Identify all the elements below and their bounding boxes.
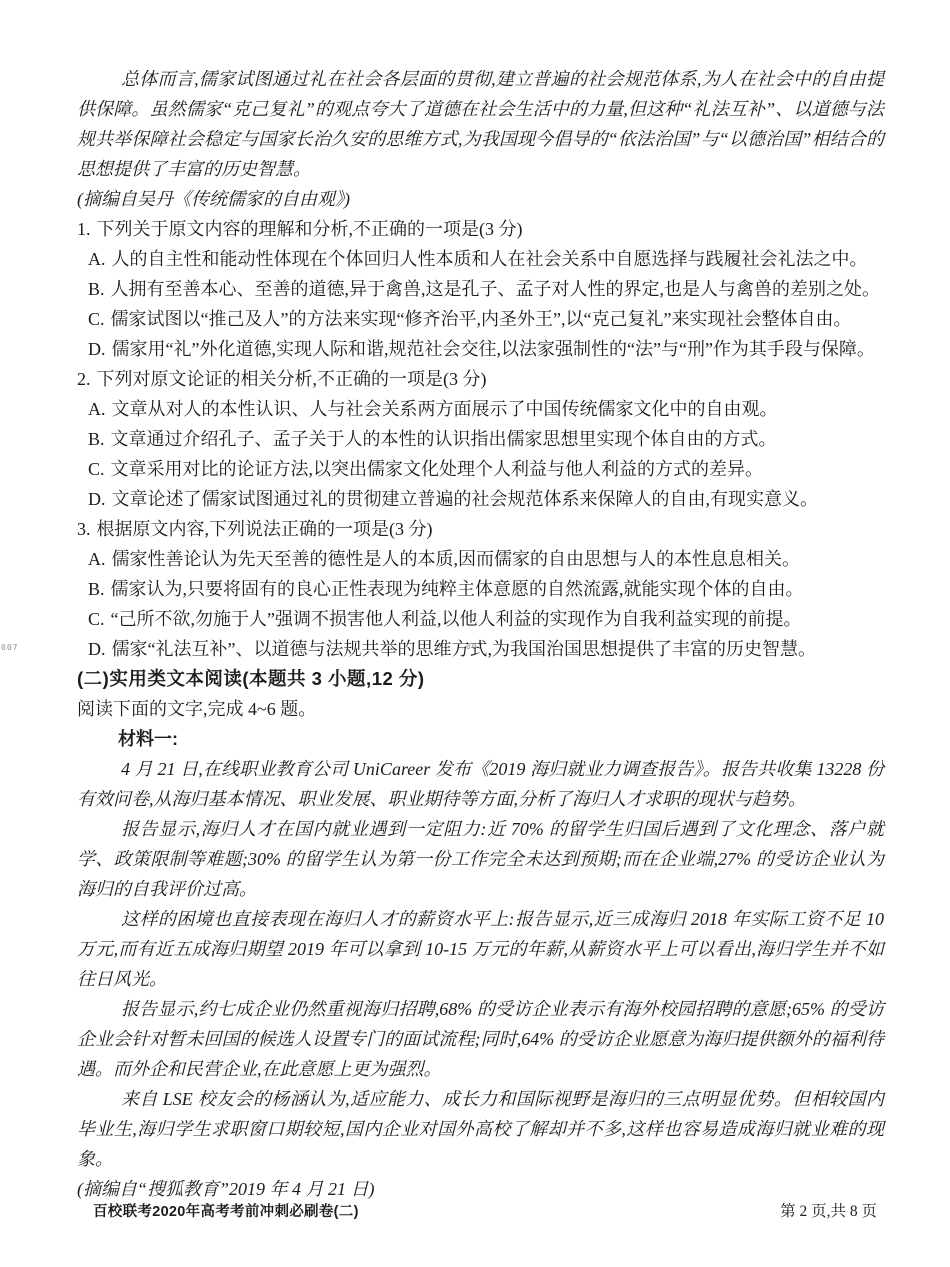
option-text: 人拥有至善本心、至善的道德,异于禽兽,这是孔子、孟子对人性的界定,也是人与禽兽的… xyxy=(111,279,881,299)
option-text: 文章论述了儒家试图通过礼的贯彻建立普遍的社会规范体系来保障人的自由,有现实意义。 xyxy=(112,489,819,509)
option-text: 儒家性善论认为先天至善的德性是人的本质,因而儒家的自由思想与人的本性息息相关。 xyxy=(112,549,801,569)
material-paragraph-1: 4 月 21 日,在线职业教育公司 UniCareer 发布《2019 海归就业… xyxy=(77,754,884,814)
question-1-option-a: A.人的自主性和能动性体现在个体回归人性本质和人在社会关系中自愿选择与践履社会礼… xyxy=(77,244,884,274)
question-3-option-c: C.“己所不欲,勿施于人”强调不损害他人利益,以他人利益的实现作为自我利益实现的… xyxy=(77,604,884,634)
question-3-number: 3. xyxy=(77,519,91,539)
page-footer: 百校联考2020年高考考前冲刺必刷卷(二) 第 2 页,共 8 页 xyxy=(93,1199,877,1225)
material-paragraph-3: 这样的困境也直接表现在海归人才的薪资水平上:报告显示,近三成海归 2018 年实… xyxy=(77,904,884,994)
material-1-label: 材料一: xyxy=(77,724,884,754)
option-label: A. xyxy=(88,249,106,269)
option-label: C. xyxy=(88,309,105,329)
question-1-option-c: C.儒家试图以“推己及人”的方法来实现“修齐治平,内圣外王”,以“克己复礼”来实… xyxy=(77,304,884,334)
question-2-option-d: D.文章论述了儒家试图通过礼的贯彻建立普遍的社会规范体系来保障人的自由,有现实意… xyxy=(77,484,884,514)
section-2-practical-reading: (二)实用类文本阅读(本题共 3 小题,12 分) 阅读下面的文字,完成 4~6… xyxy=(77,664,884,1204)
material-paragraph-4: 报告显示,约七成企业仍然重视海归招聘,68% 的受访企业表示有海外校园招聘的意愿… xyxy=(77,994,884,1084)
question-2-stem: 2.下列对原文论证的相关分析,不正确的一项是(3 分) xyxy=(77,364,884,394)
question-3-stem: 3.根据原文内容,下列说法正确的一项是(3 分) xyxy=(77,514,884,544)
material-paragraph-5: 来自 LSE 校友会的杨涵认为,适应能力、成长力和国际视野是海归的三点明显优势。… xyxy=(77,1084,884,1174)
question-3-option-b: B.儒家认为,只要将固有的良心正性表现为纯粹主体意愿的自然流露,就能实现个体的自… xyxy=(77,574,884,604)
section-heading: (二)实用类文本阅读(本题共 3 小题,12 分) xyxy=(77,664,884,694)
exam-paper-page: 007 007 总体而言,儒家试图通过礼在社会各层面的贯彻,建立普遍的社会规范体… xyxy=(0,0,950,1267)
question-1-option-b: B.人拥有至善本心、至善的道德,异于禽兽,这是孔子、孟子对人性的界定,也是人与禽… xyxy=(77,274,884,304)
option-text: 儒家认为,只要将固有的良心正性表现为纯粹主体意愿的自然流露,就能实现个体的自由。 xyxy=(111,579,804,599)
option-label: D. xyxy=(88,339,106,359)
question-1-number: 1. xyxy=(77,219,91,239)
option-text: 文章通过介绍孔子、孟子关于人的本性的认识指出儒家思想里实现个体自由的方式。 xyxy=(111,429,777,449)
option-label: C. xyxy=(88,459,105,479)
question-2-number: 2. xyxy=(77,369,91,389)
question-3-stem-text: 根据原文内容,下列说法正确的一项是(3 分) xyxy=(97,519,433,539)
footer-page-number: 第 2 页,共 8 页 xyxy=(780,1199,877,1225)
question-2-option-a: A.文章从对人的本性认识、人与社会关系两方面展示了中国传统儒家文化中的自由观。 xyxy=(77,394,884,424)
question-2: 2.下列对原文论证的相关分析,不正确的一项是(3 分) A.文章从对人的本性认识… xyxy=(77,364,884,514)
option-text: 文章采用对比的论证方法,以突出儒家文化处理个人利益与他人利益的方式的差异。 xyxy=(111,459,764,479)
option-text: 人的自主性和能动性体现在个体回归人性本质和人在社会关系中自愿选择与践履社会礼法之… xyxy=(112,249,868,269)
question-2-stem-text: 下列对原文论证的相关分析,不正确的一项是(3 分) xyxy=(97,369,487,389)
section-instruction: 阅读下面的文字,完成 4~6 题。 xyxy=(77,694,884,724)
option-text: 儒家“礼法互补”、以道德与法规共举的思维方式,为我国治国思想提供了丰富的历史智慧… xyxy=(112,639,816,659)
question-3-option-d: D.儒家“礼法互补”、以道德与法规共举的思维方式,为我国治国思想提供了丰富的历史… xyxy=(77,634,884,664)
option-text: 儒家用“礼”外化道德,实现人际和谐,规范社会交往,以法家强制性的“法”与“刑”作… xyxy=(112,339,875,359)
option-text: 文章从对人的本性认识、人与社会关系两方面展示了中国传统儒家文化中的自由观。 xyxy=(112,399,778,419)
option-text: 儒家试图以“推己及人”的方法来实现“修齐治平,内圣外王”,以“克己复礼”来实现社… xyxy=(111,309,852,329)
footer-exam-title: 百校联考2020年高考考前冲刺必刷卷(二) xyxy=(93,1199,359,1225)
passage-attribution: (摘编自吴丹《传统儒家的自由观》) xyxy=(77,184,884,214)
page-code-mark-left: 007 xyxy=(1,643,18,652)
page-content: 总体而言,儒家试图通过礼在社会各层面的贯彻,建立普遍的社会规范体系,为人在社会中… xyxy=(77,64,884,1204)
option-label: D. xyxy=(88,639,106,659)
option-label: A. xyxy=(88,399,106,419)
passage-conclusion-paragraph: 总体而言,儒家试图通过礼在社会各层面的贯彻,建立普遍的社会规范体系,为人在社会中… xyxy=(77,64,884,184)
option-label: B. xyxy=(88,579,105,599)
option-label: D. xyxy=(88,489,106,509)
question-1-stem-text: 下列关于原文内容的理解和分析,不正确的一项是(3 分) xyxy=(97,219,523,239)
question-1-stem: 1.下列关于原文内容的理解和分析,不正确的一项是(3 分) xyxy=(77,214,884,244)
question-3: 3.根据原文内容,下列说法正确的一项是(3 分) A.儒家性善论认为先天至善的德… xyxy=(77,514,884,664)
question-3-option-a: A.儒家性善论认为先天至善的德性是人的本质,因而儒家的自由思想与人的本性息息相关… xyxy=(77,544,884,574)
question-2-option-c: C.文章采用对比的论证方法,以突出儒家文化处理个人利益与他人利益的方式的差异。 xyxy=(77,454,884,484)
question-2-option-b: B.文章通过介绍孔子、孟子关于人的本性的认识指出儒家思想里实现个体自由的方式。 xyxy=(77,424,884,454)
option-label: A. xyxy=(88,549,106,569)
option-label: B. xyxy=(88,429,105,449)
option-text: “己所不欲,勿施于人”强调不损害他人利益,以他人利益的实现作为自我利益实现的前提… xyxy=(111,609,802,629)
material-paragraph-2: 报告显示,海归人才在国内就业遇到一定阻力:近 70% 的留学生归国后遇到了文化理… xyxy=(77,814,884,904)
question-1: 1.下列关于原文内容的理解和分析,不正确的一项是(3 分) A.人的自主性和能动… xyxy=(77,214,884,364)
option-label: B. xyxy=(88,279,105,299)
question-1-option-d: D.儒家用“礼”外化道德,实现人际和谐,规范社会交往,以法家强制性的“法”与“刑… xyxy=(77,334,884,364)
option-label: C. xyxy=(88,609,105,629)
